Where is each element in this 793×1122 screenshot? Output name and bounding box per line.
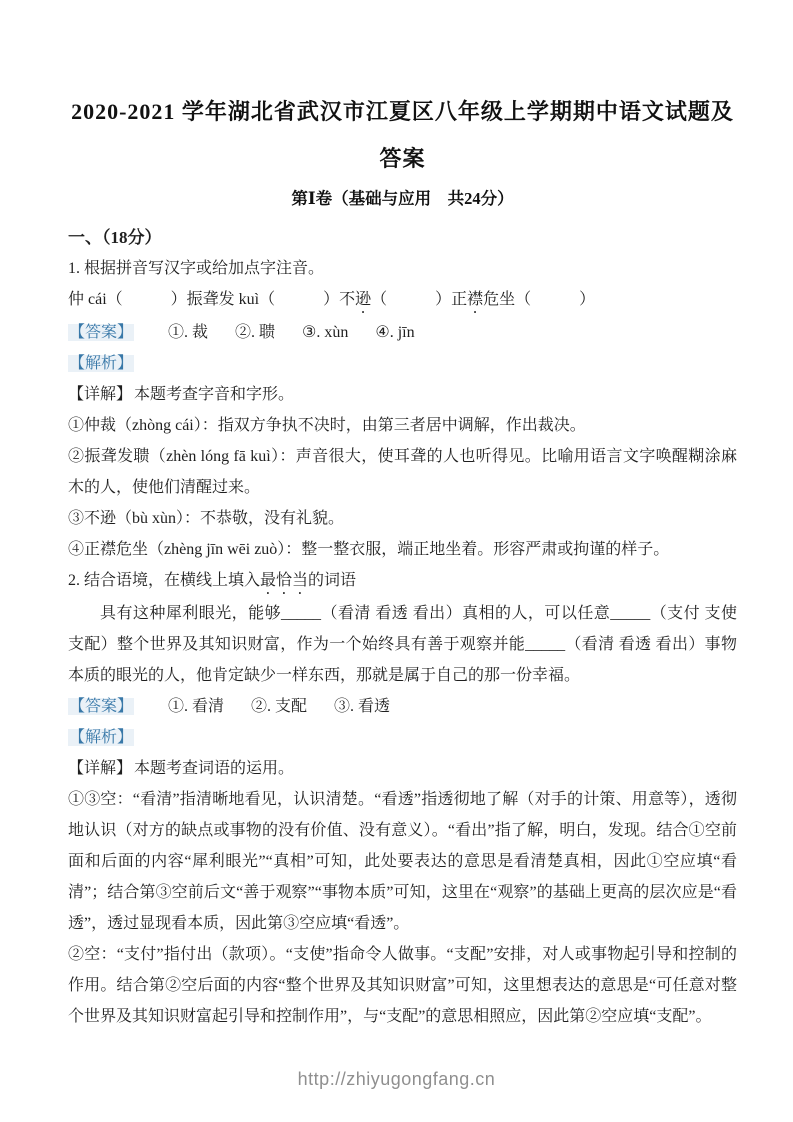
footer-url: http://zhiyugongfang.cn	[0, 1069, 793, 1090]
q2-explanation-1: ①③空：“看清”指清晰地看见，认识清楚。“看透”指透彻地了解（对手的计策、用意等…	[68, 784, 737, 939]
q1-pinyin-seg3: 危坐（ ）	[483, 291, 595, 308]
part-one-heading: 一、（18分）	[68, 222, 737, 253]
q1-pinyin-seg1: 仲 cái（ ）振聋发 kuì（ ）不	[68, 291, 355, 308]
q1-answer-2: ②. 聩	[235, 324, 275, 341]
q1-answer-1: ①. 裁	[168, 324, 208, 341]
detail-label: 【详解】	[68, 386, 132, 403]
q2-stem: 2. 结合语境，在横线上填入最恰当的词语	[68, 565, 737, 598]
q2-emphasized-words: 最恰当	[260, 572, 308, 589]
document-page: 2020-2021 学年湖北省武汉市江夏区八年级上学期期中语文试题及答案 第Ⅰ卷…	[0, 0, 793, 1122]
q1-stem: 1. 根据拼音写汉字或给加点字注音。	[68, 253, 737, 284]
q1-detail-line: 【详解】本题考查字音和字形。	[68, 379, 737, 410]
q1-explanation-3: ③不逊（bù xùn）：不恭敬，没有礼貌。	[68, 503, 737, 534]
section-header: 第Ⅰ卷（基础与应用 共24分）	[68, 185, 737, 213]
document-title: 2020-2021 学年湖北省武汉市江夏区八年级上学期期中语文试题及答案	[68, 88, 737, 182]
q2-detail-line: 【详解】本题考查词语的运用。	[68, 753, 737, 784]
q2-explanation-2: ②空：“支付”指付出（款项）。“支使”指命令人做事。“支配”安排，对人或事物起引…	[68, 939, 737, 1032]
q2-passage: 具有这种犀利眼光，能够_____（看清 看透 看出）真相的人，可以任意_____…	[68, 598, 737, 691]
analysis-label: 【解析】	[68, 355, 134, 372]
q2-answer-1: ①. 看清	[168, 698, 224, 715]
q1-detail-text: 本题考查字音和字形。	[134, 386, 294, 403]
q1-emphasized-char-jin: 襟	[467, 291, 483, 308]
q2-detail-text: 本题考查词语的运用。	[134, 760, 294, 777]
document-body: 一、（18分） 1. 根据拼音写汉字或给加点字注音。 仲 cái（ ）振聋发 k…	[68, 222, 737, 1032]
analysis-label: 【解析】	[68, 729, 134, 746]
q2-answer-3: ③. 看透	[334, 698, 390, 715]
q1-explanation-4: ④正襟危坐（zhèng jīn wēi zuò）：整一整衣服，端正地坐着。形容严…	[68, 534, 737, 565]
q2-answer-2: ②. 支配	[251, 698, 307, 715]
q1-answer-line: 【答案】①. 裁②. 聩③. xùn④. jīn	[68, 317, 737, 348]
q2-stem-pre: 2. 结合语境，在横线上填入	[68, 572, 260, 589]
detail-label: 【详解】	[68, 760, 132, 777]
q2-stem-post: 的词语	[308, 572, 356, 589]
q2-answer-line: 【答案】①. 看清②. 支配③. 看透	[68, 691, 737, 722]
q1-emphasized-char-xun: 逊	[355, 291, 371, 308]
q1-explanation-2: ②振聋发聩（zhèn lóng fā kuì）：声音很大，使耳聋的人也听得见。比…	[68, 441, 737, 503]
q1-analysis-line: 【解析】	[68, 348, 737, 379]
q2-analysis-line: 【解析】	[68, 722, 737, 753]
q1-answer-4: ④. jīn	[375, 324, 414, 341]
answer-label: 【答案】	[68, 324, 134, 341]
q1-pinyin-seg2: （ ）正	[371, 291, 467, 308]
q1-pinyin-line: 仲 cái（ ）振聋发 kuì（ ）不逊（ ）正襟危坐（ ）	[68, 284, 737, 317]
q1-explanation-1: ①仲裁（zhòng cái）：指双方争执不决时，由第三者居中调解，作出裁决。	[68, 410, 737, 441]
q1-answer-3: ③. xùn	[302, 324, 348, 341]
answer-label: 【答案】	[68, 698, 134, 715]
